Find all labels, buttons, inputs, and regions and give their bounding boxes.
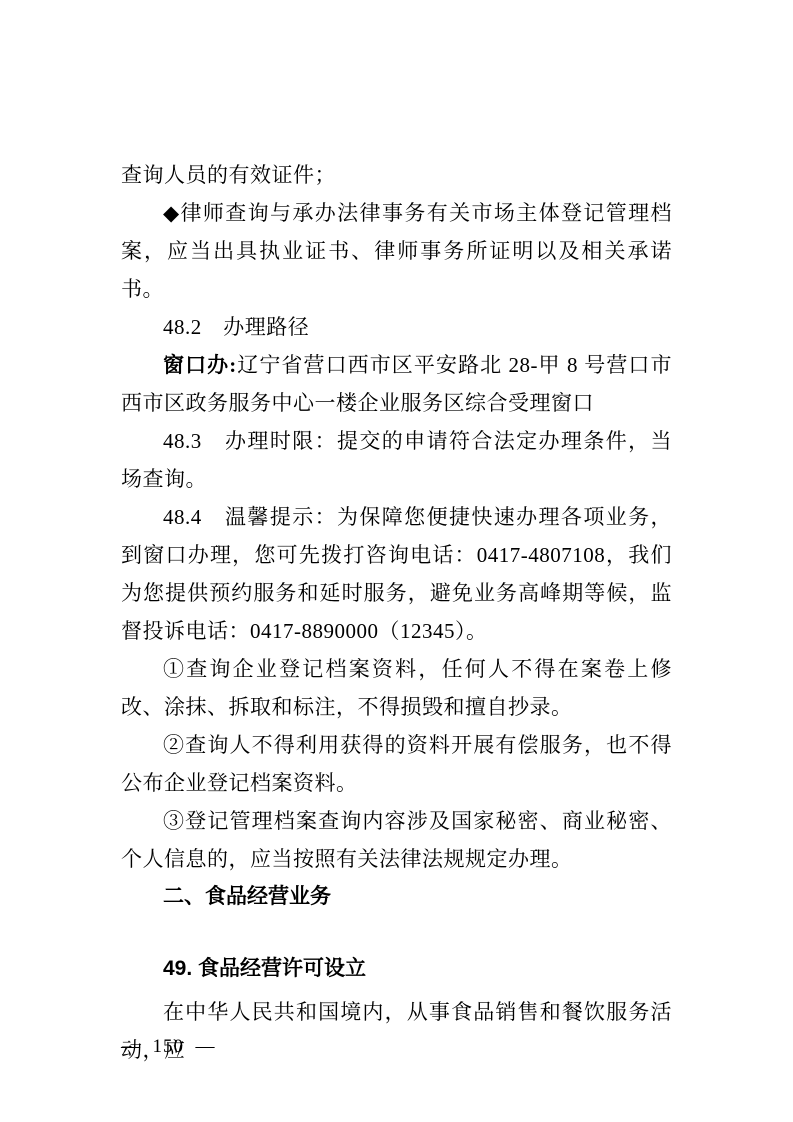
paragraph-window-channel: 窗口办:辽宁省营口西市区平安路北 28-甲 8 号营口市西市区政务服务中心一楼企… xyxy=(121,346,672,422)
paragraph-valid-credentials: 查询人员的有效证件； xyxy=(121,156,672,194)
page-number: — 150 — xyxy=(121,1035,216,1059)
paragraph-lawyer-query: ◆律师查询与承办法律事务有关市场主体登记管理档案，应当出具执业证书、律师事务所证… xyxy=(121,194,672,308)
section-heading-food-business: 二、食品经营业务 xyxy=(121,878,672,916)
document-body: 查询人员的有效证件； ◆律师查询与承办法律事务有关市场主体登记管理档案，应当出具… xyxy=(121,156,672,1069)
document-page: 查询人员的有效证件； ◆律师查询与承办法律事务有关市场主体登记管理档案，应当出具… xyxy=(0,0,793,1122)
paragraph-48-4-reminder: 48.4 温馨提示：为保障您便捷快速办理各项业务，到窗口办理，您可先拨打咨询电话… xyxy=(121,498,672,650)
paragraph-48-2-heading: 48.2 办理路径 xyxy=(121,308,672,346)
window-channel-lead-label: 窗口办: xyxy=(163,353,237,377)
paragraph-48-3-time-limit: 48.3 办理时限：提交的申请符合法定办理条件，当场查询。 xyxy=(121,422,672,498)
paragraph-note-2: ②查询人不得利用获得的资料开展有偿服务，也不得公布企业登记档案资料。 xyxy=(121,726,672,802)
item-heading-food-license: 49. 食品经营许可设立 xyxy=(121,950,672,988)
paragraph-note-1: ①查询企业登记档案资料，任何人不得在案卷上修改、涂抹、拆取和标注，不得损毁和擅自… xyxy=(121,650,672,726)
paragraph-note-3: ③登记管理档案查询内容涉及国家秘密、商业秘密、个人信息的，应当按照有关法律法规规… xyxy=(121,802,672,878)
